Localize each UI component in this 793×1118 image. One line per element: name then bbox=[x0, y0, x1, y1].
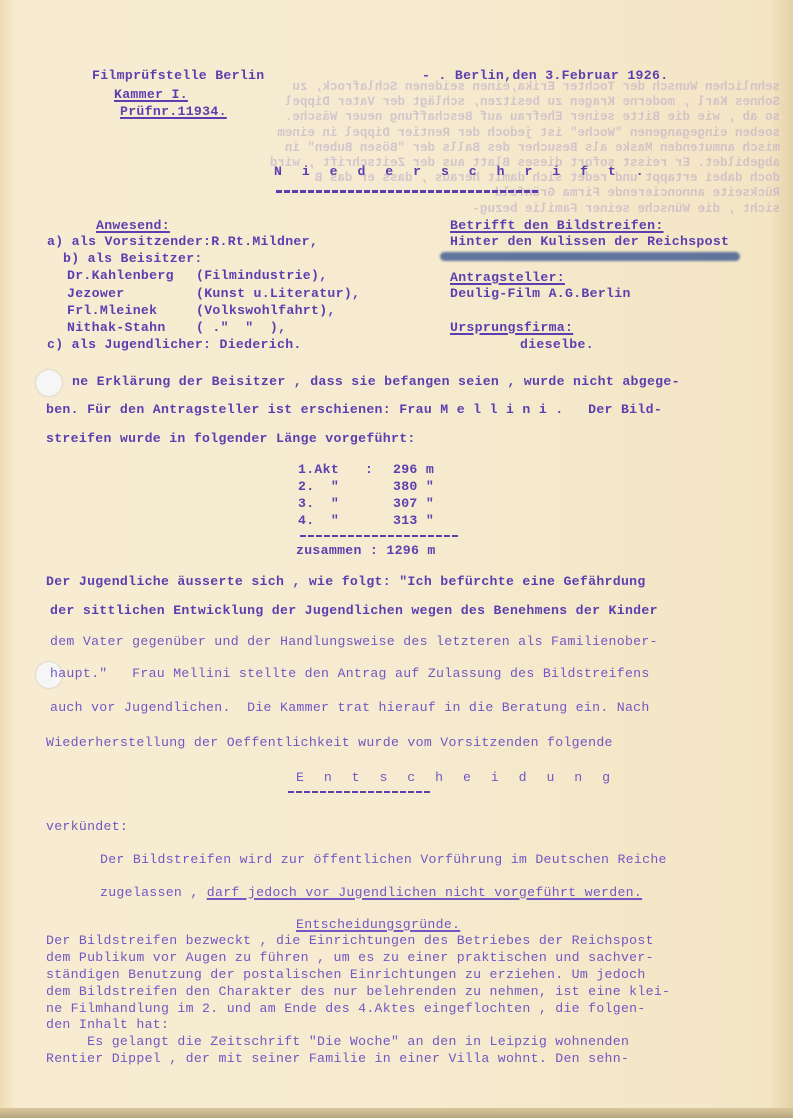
sum-line bbox=[300, 535, 460, 537]
statement-line: der sittlichen Entwicklung der Jugendlic… bbox=[50, 603, 658, 618]
reason-line: ständigen Benutzung der postalischen Ein… bbox=[46, 967, 646, 982]
applicant-heading: Antragsteller: bbox=[450, 270, 565, 285]
statement-line: dem Vater gegenüber und der Handlungswei… bbox=[50, 634, 658, 649]
assessor-name: Dr.Kahlenberg bbox=[67, 268, 174, 283]
decision-text: zugelassen , bbox=[100, 885, 207, 900]
reason-line: dem Publikum vor Augen zu führen , um es… bbox=[46, 950, 654, 965]
reason-line: Es gelangt die Zeitschrift "Die Woche" a… bbox=[46, 1034, 629, 1049]
punch-hole bbox=[36, 370, 62, 396]
assessors-heading: b) als Beisitzer: bbox=[63, 251, 203, 266]
decision-line: Der Bildstreifen wird zur öffentlichen V… bbox=[100, 852, 667, 867]
assessor-field: ( ." " ), bbox=[196, 320, 286, 335]
film-title: Hinter den Kulissen der Reichspost bbox=[450, 234, 729, 249]
document-page: sehnlichen Wunsch der Tochter Erika,eine… bbox=[0, 0, 793, 1118]
chair: a) als Vorsitzender:R.Rt.Mildner, bbox=[47, 234, 318, 249]
act-length: 307 " bbox=[393, 496, 434, 511]
decision-line: zugelassen , darf jedoch vor Jugendliche… bbox=[100, 885, 642, 900]
act-label: 2. " bbox=[298, 479, 339, 494]
document-title: N i e d e r s c h r i f t . bbox=[274, 164, 650, 179]
body-line: streifen wurde in folgender Länge vorgef… bbox=[46, 431, 416, 446]
act-label: 1.Akt bbox=[298, 462, 339, 477]
reason-line: Der Bildstreifen bezweckt , die Einricht… bbox=[46, 933, 654, 948]
subject-heading: Betrifft den Bildstreifen: bbox=[450, 218, 664, 233]
page-bottom-edge bbox=[0, 1108, 793, 1118]
act-label: 3. " bbox=[298, 496, 339, 511]
act-sep: : bbox=[365, 462, 373, 477]
applicant: Deulig-Film A.G.Berlin bbox=[450, 286, 631, 301]
total-length: zusammen : 1296 m bbox=[296, 543, 436, 558]
place-date: - . Berlin,den 3.Februar 1926. bbox=[422, 68, 668, 83]
statement-line: haupt." Frau Mellini stellte den Antrag … bbox=[50, 666, 650, 681]
assessor-field: (Kunst u.Literatur), bbox=[196, 286, 360, 301]
act-length: 313 " bbox=[393, 513, 434, 528]
ink-smear bbox=[440, 252, 740, 261]
statement-line: Der Jugendliche äusserte sich , wie folg… bbox=[46, 574, 646, 589]
act-length: 296 m bbox=[393, 462, 434, 477]
reason-line: den Inhalt hat: bbox=[46, 1017, 169, 1032]
statement-line: Wiederherstellung der Oeffentlichkeit wu… bbox=[46, 735, 613, 750]
body-line: ne Erklärung der Beisitzer , dass sie be… bbox=[72, 374, 680, 389]
assessor-name: Nithak-Stahn bbox=[67, 320, 166, 335]
youth-restriction: darf jedoch vor Jugendlichen nicht vorge… bbox=[207, 885, 642, 900]
act-label: 4. " bbox=[298, 513, 339, 528]
attendees-heading: Anwesend: bbox=[96, 218, 170, 233]
announced-label: verkündet: bbox=[46, 819, 128, 834]
act-length: 380 " bbox=[393, 479, 434, 494]
assessor-name: Frl.Mleinek bbox=[67, 303, 157, 318]
assessor-name: Jezower bbox=[67, 286, 125, 301]
assessor-field: (Filmindustrie), bbox=[196, 268, 327, 283]
origin: dieselbe. bbox=[520, 337, 594, 352]
reasons-title: Entscheidungsgründe. bbox=[296, 917, 460, 932]
youth-member: c) als Jugendlicher: Diederich. bbox=[47, 337, 302, 352]
chamber: Kammer I. bbox=[114, 87, 188, 102]
statement-line: auch vor Jugendlichen. Die Kammer trat h… bbox=[50, 700, 650, 715]
reason-line: ne Filmhandlung im 2. und am Ende des 4.… bbox=[46, 1001, 646, 1016]
decision-title: E n t s c h e i d u n g bbox=[296, 770, 616, 785]
body-line: ben. Für den Antragsteller ist erschiene… bbox=[46, 402, 662, 417]
exam-number: Prüfnr.11934. bbox=[120, 104, 227, 119]
reason-line: Rentier Dippel , der mit seiner Familie … bbox=[46, 1051, 629, 1066]
origin-heading: Ursprungsfirma: bbox=[450, 320, 573, 335]
decision-underline bbox=[288, 791, 430, 793]
title-underline bbox=[276, 190, 538, 193]
office-name: Filmprüfstelle Berlin bbox=[92, 68, 265, 83]
assessor-field: (Volkswohlfahrt), bbox=[196, 303, 336, 318]
reason-line: dem Bildstreifen den Charakter des nur b… bbox=[46, 984, 670, 999]
